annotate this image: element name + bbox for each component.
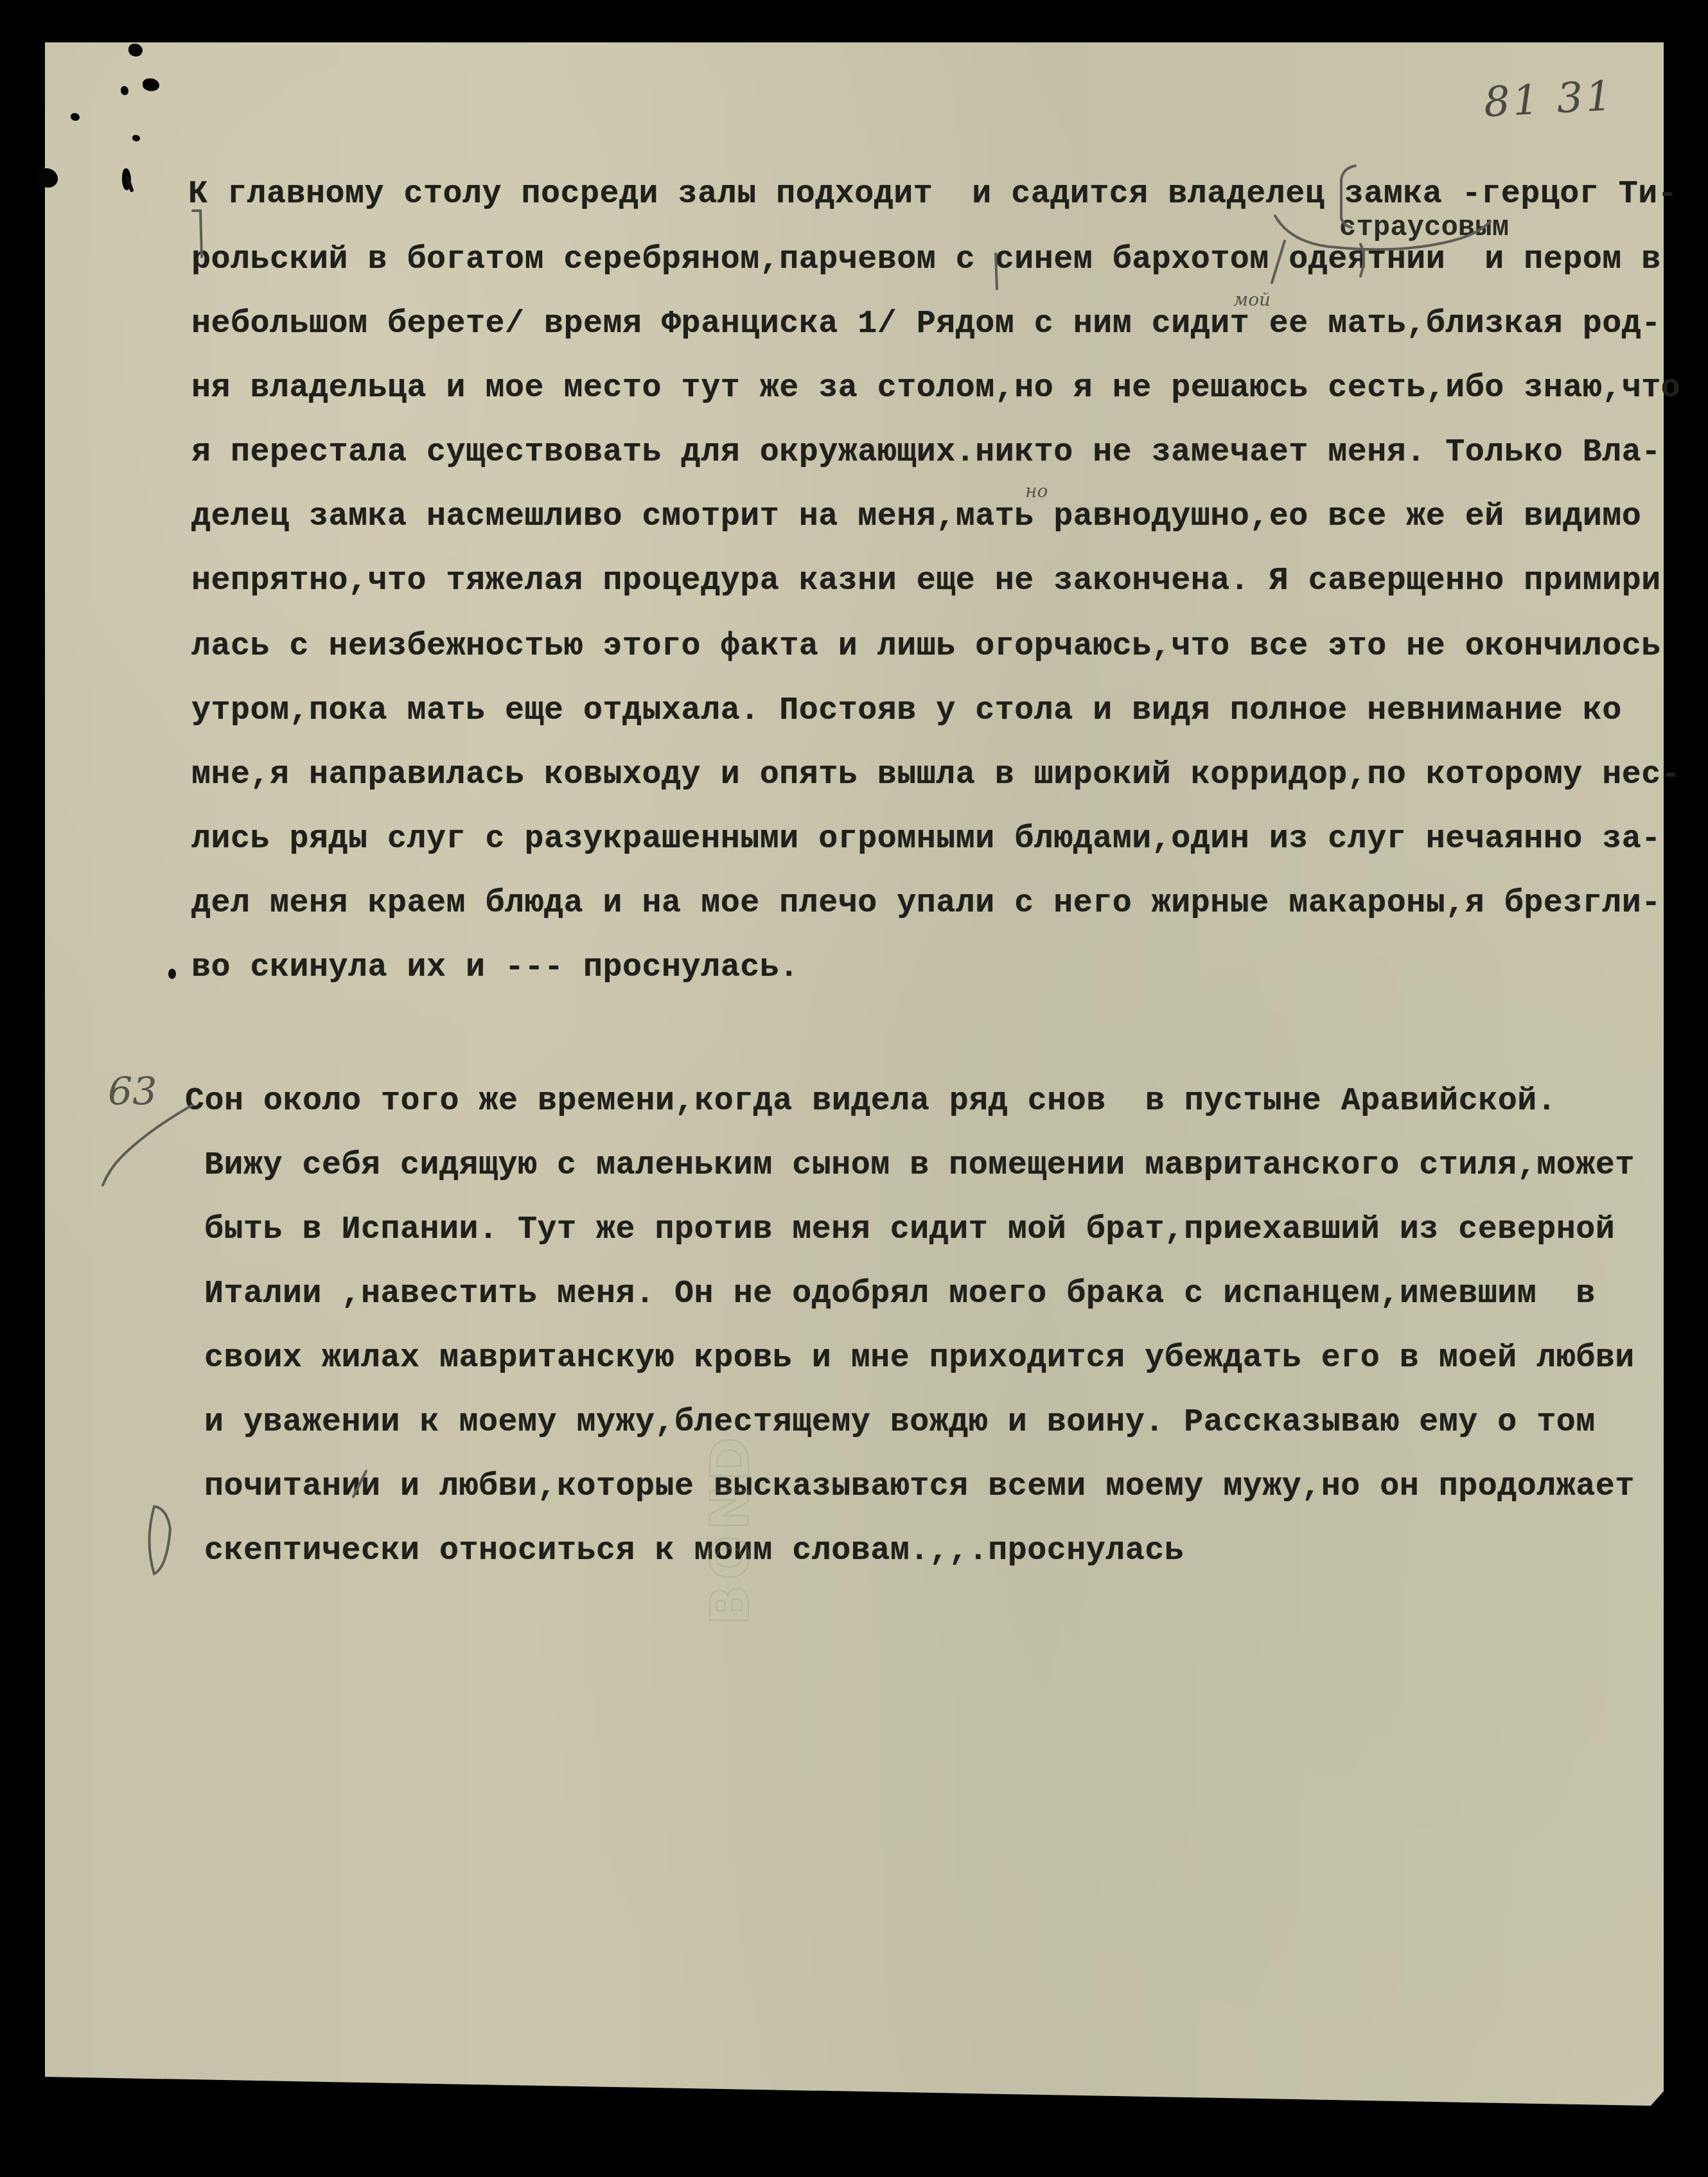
insertion-above-eo: но	[1025, 480, 1048, 502]
text-line: лась с неизбежностью этого факта и лишь …	[191, 631, 1661, 663]
text-line: дел меня краем блюда и на мое плечо упал…	[191, 888, 1661, 920]
paper-sheet	[45, 42, 1664, 2106]
text-line: быть в Испании. Тут же против меня сидит…	[204, 1214, 1615, 1246]
text-line: во скинула их и --- проснулась.	[191, 952, 799, 984]
text-line: Италии ,навестить меня. Он не одобрял мо…	[204, 1278, 1596, 1310]
text-line: я перестала существовать для окружающих.…	[191, 437, 1661, 469]
text-line: непрятно,что тяжелая процедура казни еще…	[191, 565, 1661, 597]
text-line: лись ряды слуг с разукрашенными огромным…	[191, 824, 1661, 856]
paper-hole	[122, 168, 131, 190]
text-line: почитании и любви,которые высказываются …	[204, 1471, 1635, 1503]
insertion-above-ee: мой	[1233, 289, 1271, 310]
margin-number: 63	[108, 1070, 157, 1115]
text-line: утром,пока мать еще отдыхала. Постояв у …	[191, 695, 1622, 727]
paper-hole	[132, 135, 140, 141]
text-line: ня владельца и мое место тут же за столо…	[191, 373, 1680, 405]
text-line: мне,я направилась ковыходу и опять вышла…	[191, 759, 1680, 791]
paper-hole	[37, 168, 58, 188]
text-line: и уважении к моему мужу,блестящему вождю…	[204, 1407, 1596, 1439]
watermark: BOND	[700, 1432, 761, 1625]
paper-hole	[143, 78, 159, 91]
text-line: Вижу себя сидящую с маленьким сыном в по…	[204, 1150, 1635, 1182]
text-line: своих жилах мавританскую кровь и мне при…	[204, 1343, 1635, 1375]
insertion-straus: страусовым	[1339, 212, 1509, 244]
folio-number: 81 31	[1483, 73, 1616, 127]
text-line: К главному столу посреди залы подходит и…	[188, 179, 1677, 211]
text-line: скептически относиться к моим словам.,,.…	[204, 1535, 1184, 1567]
ink-mark	[168, 969, 176, 979]
paper-hole	[128, 44, 143, 57]
text-line: Сон около того же времени,когда видела р…	[185, 1086, 1556, 1118]
text-line: рольский в богатом серебряном,парчевом с…	[191, 244, 1661, 276]
text-line: делец замка насмешливо смотрит на меня,м…	[191, 501, 1641, 533]
paper-hole	[121, 86, 128, 95]
paper-hole	[71, 113, 80, 121]
text-line: небольшом берете/ время Франциска 1/ Ряд…	[191, 308, 1661, 340]
